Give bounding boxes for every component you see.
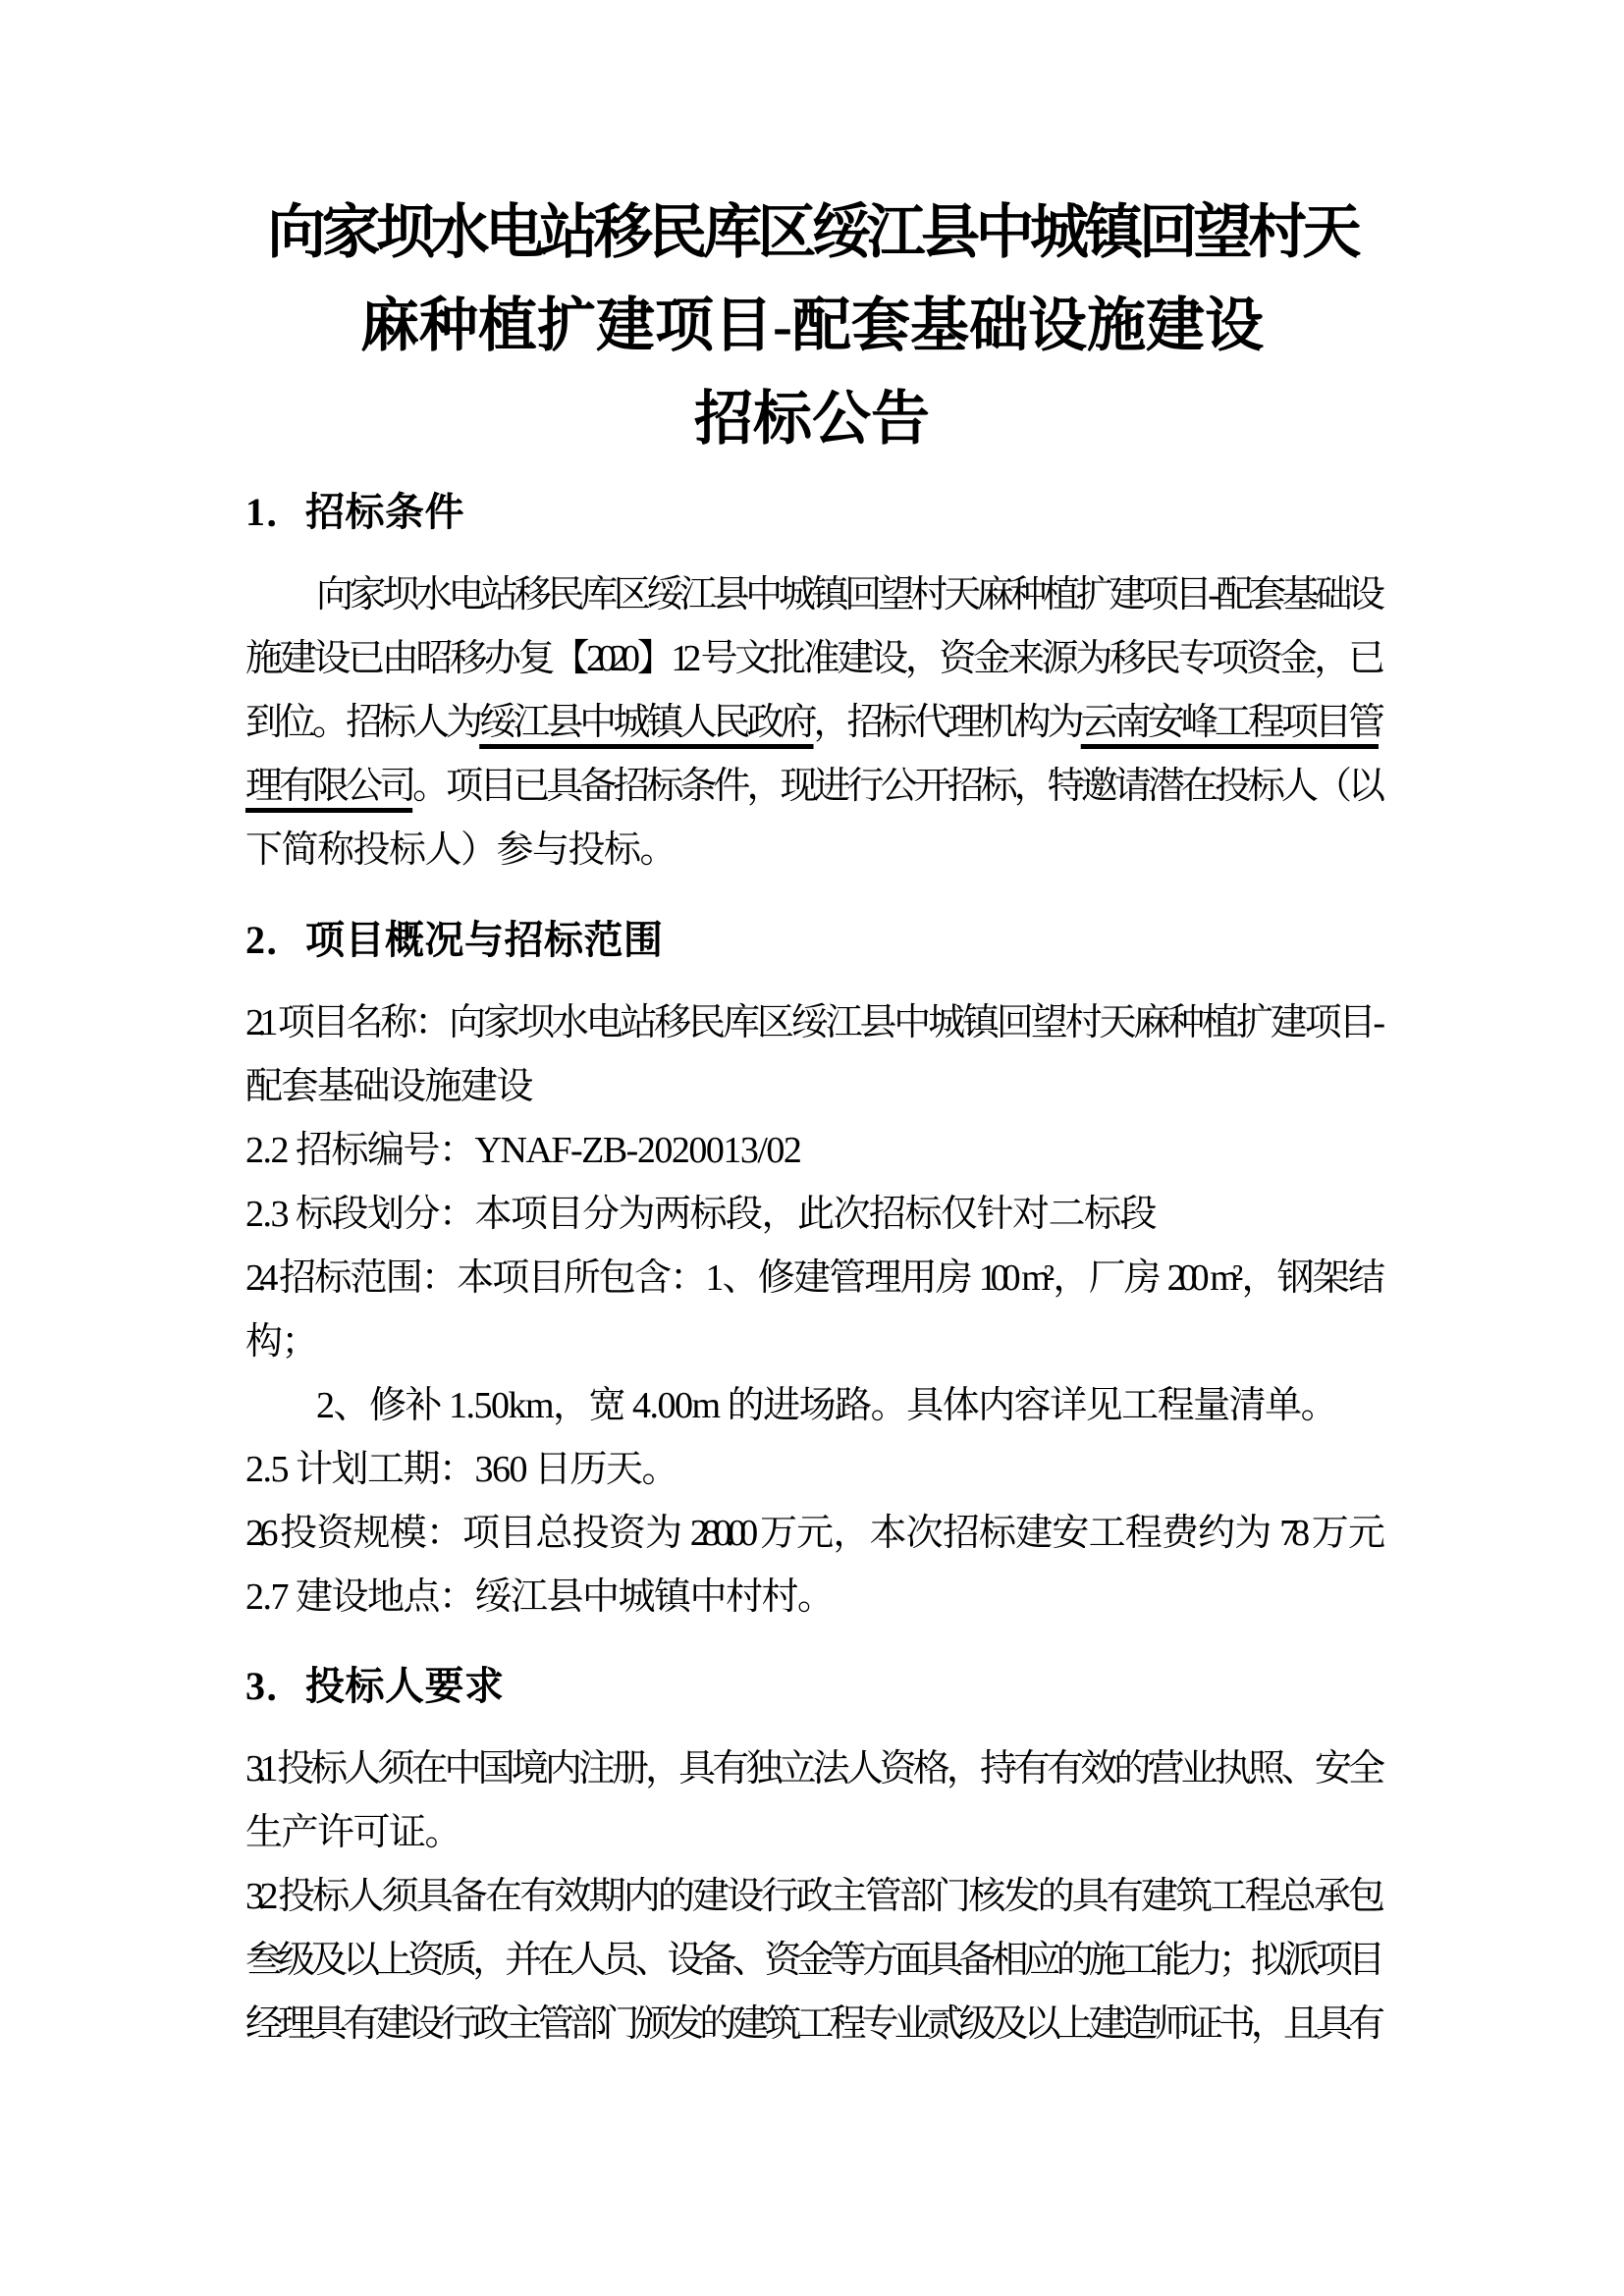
item-tender-scope-2: 2、修补 1.50km，宽 4.00m 的进场路。具体内容详见工程量清单。 xyxy=(245,1374,1379,1438)
section-1-heading: 1．招标条件 xyxy=(245,480,1379,544)
item-bidder-requirement-2-continued: 叁级及以上资质，并在人员、设备、资金等方面具备相应的施工能力；拟派项目 xyxy=(245,1929,1379,1993)
paragraph-line: 向家坝水电站移民库区绥江县中城镇回望村天麻种植扩建项目-配套基础设 xyxy=(245,563,1379,627)
title-line-3: 招标公告 xyxy=(245,373,1379,466)
paragraph-line: 到位。招标人为绥江县中城镇人民政府，招标代理机构为云南安峰工程项目管 xyxy=(245,691,1379,755)
underlined-agency-name-continued: 理有限公司 xyxy=(245,766,412,807)
item-project-name-continued: 配套基础设施建设 xyxy=(245,1055,1379,1119)
item-lot-division: 2.3 标段划分：本项目分为两标段，此次招标仅针对二标段 xyxy=(245,1183,1379,1247)
item-tender-number: 2.2 招标编号：YNAF-ZB-2020013/02 xyxy=(245,1119,1379,1183)
paragraph-line: 理有限公司。项目已具备招标条件，现进行公开招标，特邀请潜在投标人（以 xyxy=(245,755,1379,819)
item-planned-duration: 2.5 计划工期：360 日历天。 xyxy=(245,1438,1379,1502)
text-segment: 到位。招标人为 xyxy=(245,702,479,743)
underlined-agency-name: 云南安峰工程项目管 xyxy=(1081,702,1379,743)
text-segment: ，招标代理机构为 xyxy=(814,702,1081,743)
title-line-1: 向家坝水电站移民库区绥江县中城镇回望村天 xyxy=(245,187,1379,280)
item-bidder-requirement-1: 3.1 投标人须在中国境内注册，具有独立法人资格，持有有效的营业执照、安全 xyxy=(245,1737,1379,1801)
item-investment-scale: 2.6 投资规模：项目总投资为 280.00 万元，本次招标建安工程费约为 78… xyxy=(245,1502,1379,1566)
item-bidder-requirement-2: 3.2 投标人须具备在有效期内的建设行政主管部门核发的具有建筑工程总承包 xyxy=(245,1865,1379,1929)
document-body: { "meta": { "page_background": "#ffffff"… xyxy=(0,0,1624,2296)
section-2-body: 2.1 项目名称：向家坝水电站移民库区绥江县中城镇回望村天麻种植扩建项目- 配套… xyxy=(245,991,1379,1629)
section-2-heading: 2．项目概况与招标范围 xyxy=(245,908,1379,972)
text-segment: 。项目已具备招标条件，现进行公开招标，特邀请潜在投标人（以 xyxy=(412,766,1379,807)
item-construction-site: 2.7 建设地点：绥江县中城镇中村村。 xyxy=(245,1566,1379,1629)
page: 向家坝水电站移民库区绥江县中城镇回望村天 麻种植扩建项目-配套基础设施建设 招标… xyxy=(0,0,1624,2296)
paragraph-line: 下简称投标人）参与投标。 xyxy=(245,819,1379,882)
document-title: 向家坝水电站移民库区绥江县中城镇回望村天 麻种植扩建项目-配套基础设施建设 招标… xyxy=(245,187,1379,466)
title-line-2: 麻种植扩建项目-配套基础设施建设 xyxy=(245,280,1379,373)
section-3-heading: 3．投标人要求 xyxy=(245,1654,1379,1718)
section-1-paragraph: 向家坝水电站移民库区绥江县中城镇回望村天麻种植扩建项目-配套基础设 施建设已由昭… xyxy=(245,563,1379,882)
section-3-body: 3.1 投标人须在中国境内注册，具有独立法人资格，持有有效的营业执照、安全 生产… xyxy=(245,1737,1379,2056)
item-project-name: 2.1 项目名称：向家坝水电站移民库区绥江县中城镇回望村天麻种植扩建项目- xyxy=(245,991,1379,1055)
item-bidder-requirement-2-continued: 经理具有建设行政主管部门颁发的建筑工程专业贰级及以上建造师证书，且具有 xyxy=(245,1993,1379,2056)
item-bidder-requirement-1-continued: 生产许可证。 xyxy=(245,1801,1379,1865)
underlined-tenderer-name: 绥江县中城镇人民政府 xyxy=(479,702,813,743)
item-tender-scope: 2.4 招标范围：本项目所包含：1、修建管理用房 100 m²，厂房 200 m… xyxy=(245,1247,1379,1310)
item-tender-scope-continued: 构； xyxy=(245,1310,1379,1374)
paragraph-line: 施建设已由昭移办复【2020】12 号文批准建设，资金来源为移民专项资金，已 xyxy=(245,627,1379,691)
